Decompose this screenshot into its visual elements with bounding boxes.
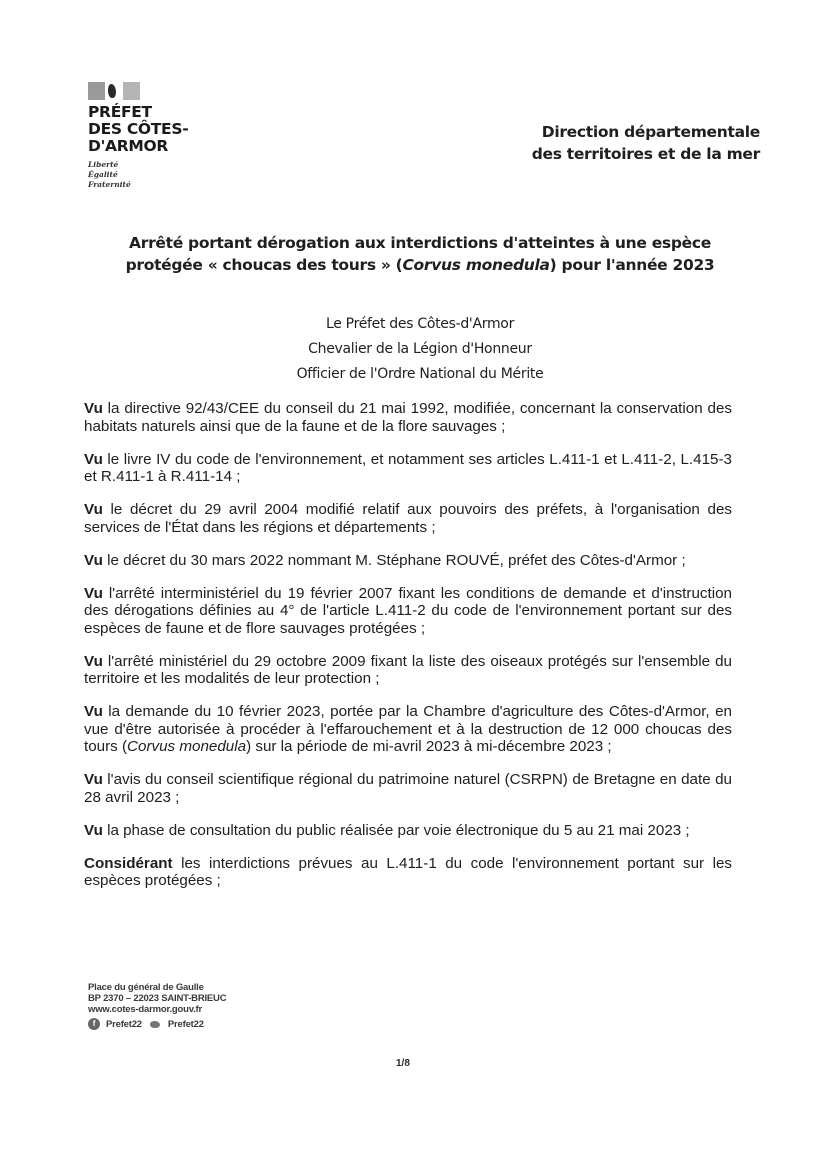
footer-contact: Place du général de Gaulle BP 2370 – 220… xyxy=(88,982,226,1030)
recital: Vu l'arrêté ministériel du 29 octobre 20… xyxy=(84,653,732,688)
recital-considering: Considérant les interdictions prévues au… xyxy=(84,855,732,890)
marianne-flag-icon xyxy=(88,82,140,100)
recital: Vu le décret du 30 mars 2022 nommant M. … xyxy=(84,552,732,570)
signing-authority: Le Préfet des Côtes-d'Armor Chevalier de… xyxy=(200,312,640,387)
prefecture-name: PRÉFET DES CÔTES- D'ARMOR xyxy=(88,104,188,155)
facebook-icon: f xyxy=(88,1018,100,1030)
facebook-handle[interactable]: Prefet22 xyxy=(106,1019,142,1030)
website-link[interactable]: www.cotes-darmor.gouv.fr xyxy=(88,1004,226,1015)
document-title: Arrêté portant dérogation aux interdicti… xyxy=(110,232,730,276)
recital: Vu la directive 92/43/CEE du conseil du … xyxy=(84,400,732,435)
twitter-icon xyxy=(148,1019,162,1030)
address-line: Place du général de Gaulle xyxy=(88,982,226,993)
prefecture-logo: PRÉFET DES CÔTES- D'ARMOR Liberté Égalit… xyxy=(88,82,188,190)
address-line: BP 2370 – 22023 SAINT-BRIEUC xyxy=(88,993,226,1004)
recital: Vu la demande du 10 février 2023, portée… xyxy=(84,703,732,756)
social-links: f Prefet22 Prefet22 xyxy=(88,1018,226,1030)
recital: Vu l'arrêté interministériel du 19 févri… xyxy=(84,585,732,638)
recital: Vu le décret du 29 avril 2004 modifié re… xyxy=(84,501,732,536)
legal-recitals: Vu la directive 92/43/CEE du conseil du … xyxy=(84,400,732,905)
twitter-handle[interactable]: Prefet22 xyxy=(168,1019,204,1030)
species-name: Corvus monedula xyxy=(402,256,549,274)
recital: Vu la phase de consultation du public ré… xyxy=(84,822,732,840)
republic-motto: Liberté Égalité Fraternité xyxy=(88,160,188,190)
page-number: 1/8 xyxy=(396,1058,410,1069)
recital: Vu le livre IV du code de l'environnemen… xyxy=(84,451,732,486)
recital: Vu l'avis du conseil scientifique région… xyxy=(84,771,732,806)
issuing-directorate: Direction départementale des territoires… xyxy=(532,121,760,165)
